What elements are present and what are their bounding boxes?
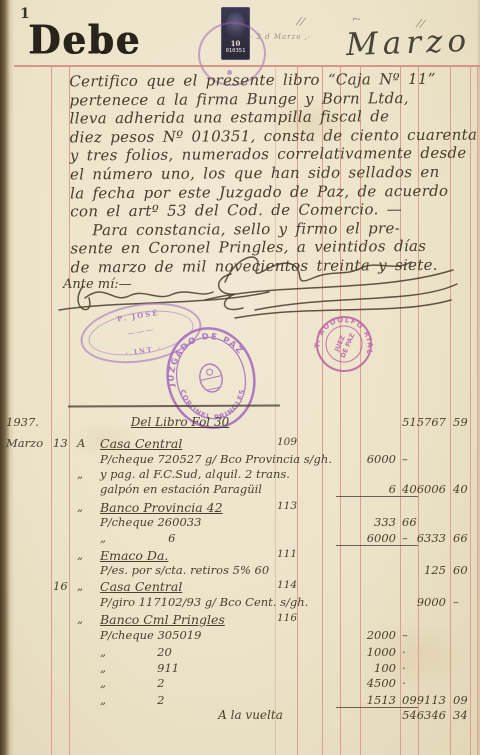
entry-ditto: A [77, 436, 93, 450]
entry-amount: 6000 [340, 531, 396, 545]
certification-line: la fecha por este Juzgado de Paz, de acu… [70, 181, 472, 202]
entry-amount-cents: – [402, 452, 418, 466]
entry-ditto: „ [77, 548, 93, 562]
opening-balance-cents: 59 [453, 415, 473, 429]
entry-description: P/cheque 720527 g/ Bco Provincia s/gh. [100, 452, 330, 466]
svg-text:JUEZ DE PAZ: JUEZ DE PAZ [332, 329, 357, 359]
entry-description: „ 911 [100, 661, 330, 675]
certification-line: el número uno, los que han sido sellados… [70, 163, 472, 184]
opening-balance: 515767 [394, 415, 446, 429]
carry-forward-total: 546346 [394, 708, 446, 722]
entry-day: 16 [53, 579, 68, 593]
pencil-mark: ∕∕ [296, 14, 306, 28]
entry-total-cents: 09 [453, 693, 473, 707]
entry-description: P/giro 117102/93 g/ Bco Cent. s/gh. [100, 595, 330, 609]
entry-amount-cents: · [402, 676, 418, 690]
entry-amount: 333 [340, 515, 396, 529]
entry-amount-cents: – [402, 628, 418, 642]
carry-forward-label: A la vuelta [203, 708, 298, 722]
entry-amount-cents: 66 [402, 515, 418, 529]
ledger-row: P/es. por s/cta. retiros 5% 60 125 60 [0, 563, 480, 578]
entry-description: „ 2 [100, 676, 330, 690]
ledger-row: „ Emaco Da. 111 [0, 548, 480, 563]
ledger-row: „ 2 4500 · [0, 676, 480, 691]
certification-line: Certifico que el presente libro “Caja Nº… [69, 70, 471, 91]
entry-year: 1937. [6, 415, 52, 429]
entry-amount: 2000 [340, 628, 396, 642]
entry-folio: 111 [277, 548, 299, 560]
ledger-row: „ Banco Provincia 42 113 [0, 500, 480, 515]
entry-total: 6006 [394, 482, 446, 496]
entry-total: 9113 [394, 693, 446, 707]
entry-amount: 1000 [340, 645, 396, 659]
entry-folio: 109 [277, 436, 299, 448]
ledger-row: P/giro 117102/93 g/ Bco Cent. s/gh. 9000… [0, 595, 480, 610]
top-red-rule [14, 65, 480, 67]
ledger-row: P/cheque 305019 2000 – [0, 628, 480, 643]
entry-total-cents: 60 [453, 563, 473, 577]
entry-amount: 6 [340, 482, 396, 496]
entry-total: 6333 [394, 531, 446, 545]
entry-total-cents: 66 [453, 531, 473, 545]
entry-description: P/es. por s/cta. retiros 5% 60 [100, 563, 330, 577]
entry-ditto: „ [77, 612, 93, 626]
entry-folio: 116 [277, 612, 299, 624]
pencil-mark: ⌐ [351, 12, 362, 26]
ledger-row: „ 911 100 · [0, 661, 480, 676]
entry-description: „ 2 [100, 693, 330, 707]
entry-description: galpón en estación Paragüil [100, 482, 330, 496]
sum-underline [336, 496, 418, 497]
debit-side-header: Debe [28, 17, 141, 63]
ledger-opening-row: 1937. Del Libro Fol 30 515767 59 [0, 415, 480, 430]
ledger-carry-row: A la vuelta 546346 34 [0, 708, 480, 723]
entry-amount: 1513 [340, 693, 396, 707]
entry-ditto: „ [77, 500, 93, 514]
entry-amount: 4500 [340, 676, 396, 690]
entry-folio: 114 [277, 579, 299, 591]
ledger-page: 1 Debe ∕∕ ⌐ ∕∕ · 2 d Marzo ,· 10 010351 … [0, 0, 480, 755]
entry-amount-cents: · [402, 661, 418, 675]
entry-total: 125 [394, 563, 446, 577]
ledger-row: P/cheque 260033 333 66 [0, 515, 480, 530]
ledger-row: Marzo 13 A Casa Central 109 [0, 436, 480, 451]
ledger-row: „ Banco Cml Pringles 116 [0, 612, 480, 627]
ledger-row: P/cheque 720527 g/ Bco Provincia s/gh. 6… [0, 452, 480, 467]
juez-de-paz-stamp: T. RODOLFO RIAL JUEZ DE PAZ [309, 309, 379, 379]
ledger-row: „ 20 1000 · [0, 645, 480, 660]
ledger-row: „ 2 1513 09 9113 09 [0, 693, 480, 708]
ledger-row: „ 6 6000 – 6333 66 [0, 531, 480, 546]
entry-amount: 100 [340, 661, 396, 675]
carry-forward-cents: 34 [453, 708, 473, 722]
entry-description: „ 6 [100, 531, 330, 545]
ledger-title: Del Libro Fol 30 [128, 415, 232, 429]
entry-description: P/cheque 260033 [100, 515, 330, 529]
ledger-row: 16 „ Casa Central 114 [0, 579, 480, 594]
ledger-row: „ y pag. al F.C.Sud, alquil. 2 trans. [0, 467, 480, 482]
entry-amount: 6000 [340, 452, 396, 466]
entry-total-cents: – [453, 595, 473, 609]
entry-ditto: „ [77, 579, 93, 593]
entry-description: y pag. al F.C.Sud, alquil. 2 trans. [100, 467, 330, 481]
entry-amount-cents: · [402, 645, 418, 659]
sum-underline [336, 545, 418, 546]
entry-total-cents: 40 [453, 482, 473, 496]
entry-ditto: „ [77, 467, 93, 481]
month-heading-script: Marzo [345, 23, 471, 63]
entry-description: P/cheque 305019 [100, 628, 330, 642]
entry-description: „ 20 [100, 645, 330, 659]
entry-folio: 113 [277, 500, 299, 512]
entry-day: 13 [53, 436, 68, 450]
ledger-row: galpón en estación Paragüil 6 40 6006 40 [0, 482, 480, 497]
entry-month: Marzo [6, 436, 52, 450]
entry-total: 9000 [394, 595, 446, 609]
